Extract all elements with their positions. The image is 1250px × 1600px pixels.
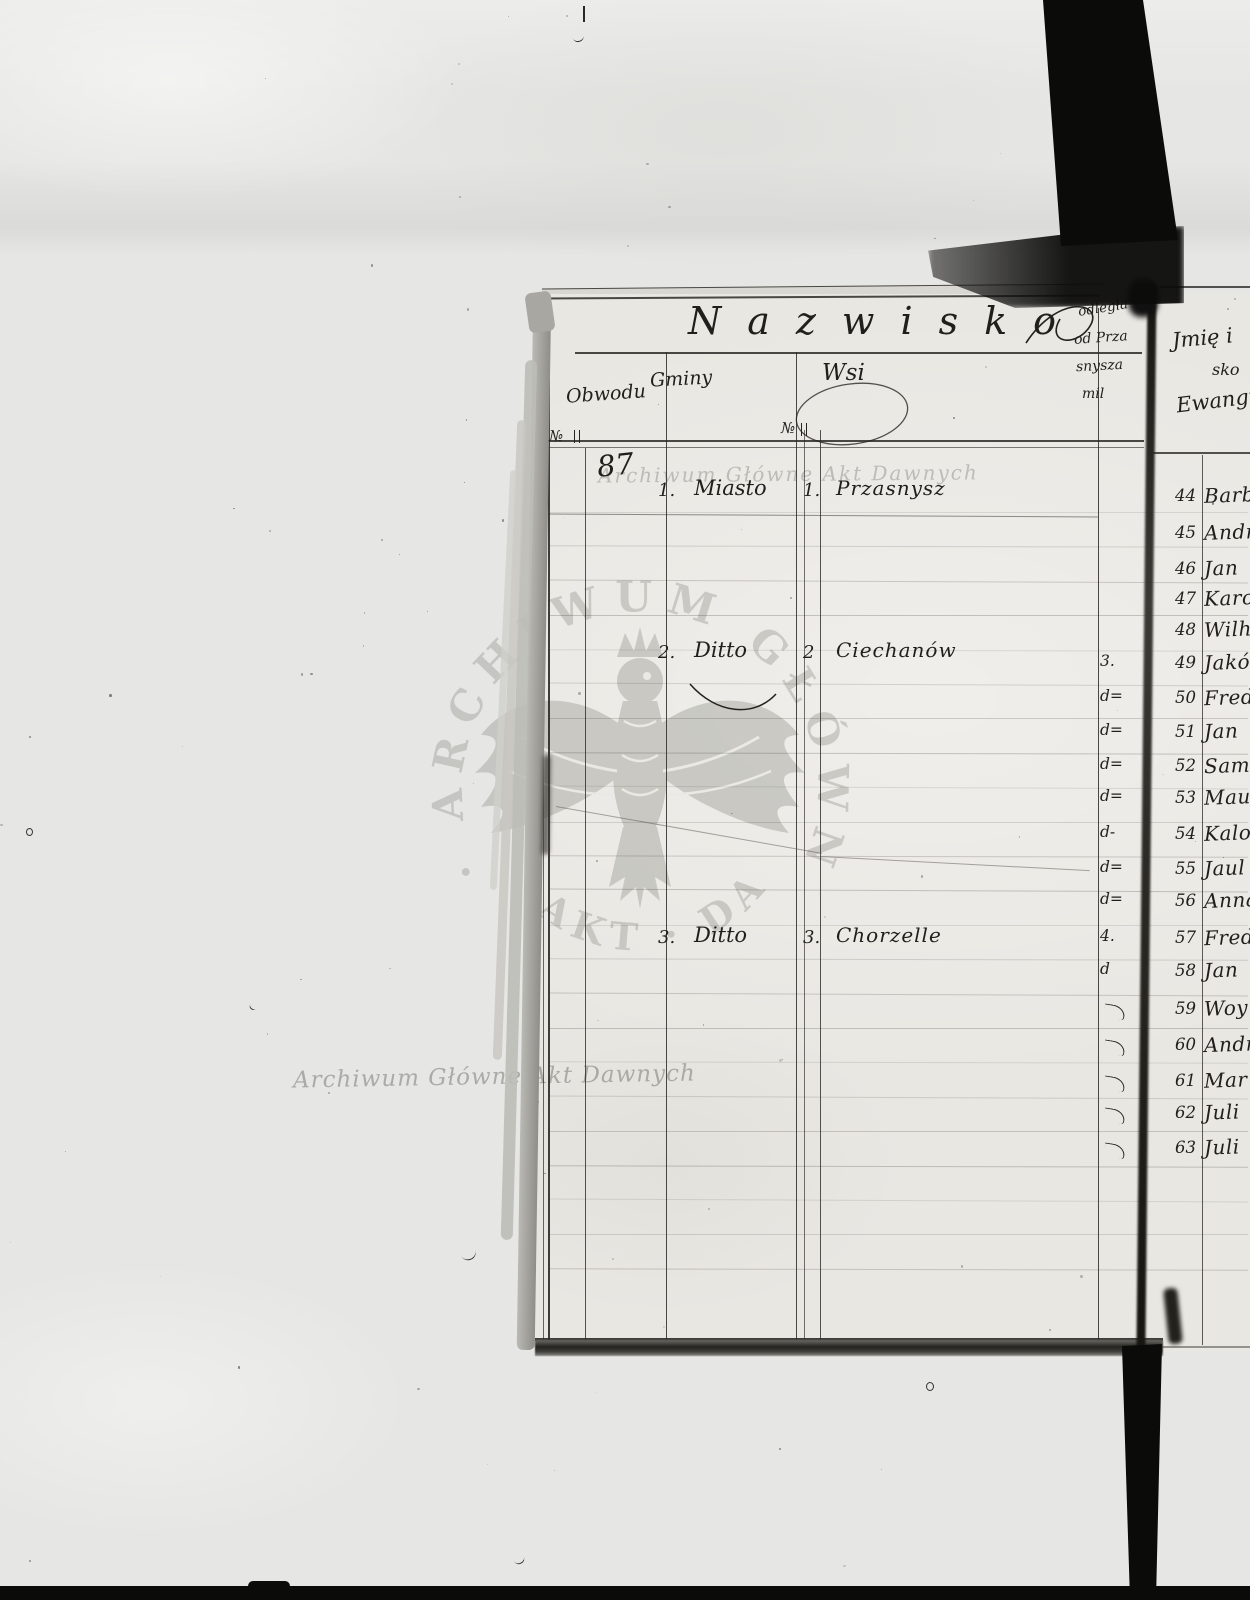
film-speck — [464, 482, 465, 483]
film-speck — [466, 419, 468, 421]
record-name: Kalo — [1204, 820, 1250, 846]
stray-ink-mark — [926, 1382, 934, 1391]
distance-value: d= — [1100, 890, 1123, 908]
distance-value: d= — [1100, 755, 1123, 773]
record-name: Jan — [1204, 718, 1239, 743]
record-number: 56 — [1158, 891, 1196, 910]
record-number: 59 — [1158, 999, 1196, 1018]
distance-value: d= — [1100, 858, 1123, 876]
record-number: 49 — [1158, 653, 1196, 672]
wies-number: 2 — [803, 642, 814, 663]
film-speck — [267, 1033, 268, 1034]
table-line — [804, 430, 805, 1344]
stray-ink-mark — [461, 1249, 478, 1262]
film-speck — [566, 15, 568, 17]
wsi-flourish-oval — [790, 376, 918, 450]
wies-name: Przasnysz — [836, 476, 946, 500]
distance-value: d — [1100, 960, 1110, 978]
record-number: 58 — [1158, 961, 1196, 980]
distance-value: d= — [1100, 721, 1123, 739]
film-speck — [363, 645, 364, 646]
record-name: Andr — [1204, 519, 1250, 545]
film-speck — [1117, 710, 1118, 711]
table-line — [585, 448, 586, 1344]
record-number: 51 — [1158, 722, 1196, 741]
film-speck — [596, 860, 598, 862]
film-speck — [708, 1208, 710, 1210]
wies-number: 3. — [803, 927, 820, 948]
film-speck — [502, 519, 505, 522]
film-speck — [508, 16, 510, 18]
record-name: Juli — [1204, 1134, 1241, 1159]
film-speck — [160, 1276, 162, 1278]
archive-seal-watermark: · ARCHIWUM GŁÓWNE · AKT · DAWNYCH — [425, 575, 855, 1005]
record-number: 62 — [1158, 1103, 1196, 1122]
film-speck — [29, 1560, 31, 1562]
distance-header-line: snysza — [1076, 357, 1124, 375]
film-speck — [544, 1173, 545, 1174]
wies-number: 1. — [803, 480, 820, 501]
distance-header-line: mil — [1082, 386, 1104, 402]
wies-name: Chorzelle — [836, 923, 942, 947]
record-number: 54 — [1158, 824, 1196, 843]
film-speck — [381, 539, 382, 540]
film-speck — [269, 530, 271, 532]
stray-ink-mark — [572, 33, 585, 44]
film-speck — [265, 78, 267, 80]
record-name: Barb — [1204, 482, 1250, 508]
film-speck — [238, 1366, 240, 1368]
record-number: 53 — [1158, 788, 1196, 807]
column-header-gminy: Gminy — [649, 366, 712, 391]
film-speck — [703, 1024, 704, 1025]
record-number: 57 — [1158, 928, 1196, 947]
record-name: Jaul — [1204, 855, 1246, 880]
record-number: 61 — [1158, 1071, 1196, 1090]
film-speck — [612, 1258, 614, 1260]
record-name: Andrz — [1204, 1031, 1250, 1057]
record-name: Samue — [1204, 752, 1250, 778]
film-speck — [779, 1448, 781, 1450]
film-speck — [451, 83, 453, 85]
column-tick-mark — [801, 423, 807, 436]
scanned-register-page: · ARCHIWUM GŁÓWNE · AKT · DAWNYCH — [0, 0, 1250, 1600]
gmina-number: 2. — [658, 642, 675, 663]
page-bottom-band — [535, 1340, 1163, 1356]
film-speck — [1080, 1275, 1083, 1278]
film-speck — [782, 1059, 783, 1060]
distance-value: d= — [1100, 687, 1123, 705]
record-number: 45 — [1158, 523, 1196, 542]
table-line — [1098, 308, 1099, 1344]
film-border-top — [1040, 0, 1180, 246]
film-speck — [0, 824, 2, 826]
record-number: 63 — [1158, 1138, 1196, 1157]
film-border-bottom — [0, 1586, 1250, 1600]
record-name: Freder — [1204, 924, 1250, 951]
ditto-flourish-curve — [688, 676, 780, 720]
record-name: Freder — [1204, 684, 1250, 711]
gmina-name: Ditto — [694, 923, 747, 947]
distance-value: 3. — [1100, 652, 1115, 670]
wies-name: Ciechanów — [836, 638, 957, 662]
record-number: 46 — [1158, 559, 1196, 578]
film-border-bottom-right — [1118, 1344, 1165, 1600]
row-number-symbol: № — [549, 427, 563, 445]
record-name: Wilhe — [1204, 616, 1250, 642]
film-speck — [554, 1470, 555, 1471]
wsi-number-symbol: № — [781, 419, 795, 437]
record-name: Juli — [1204, 1099, 1241, 1124]
record-name: Jan — [1204, 957, 1239, 982]
film-speck — [934, 238, 936, 240]
record-number: 44 — [1158, 486, 1196, 505]
film-speck — [371, 264, 374, 267]
film-speck — [487, 1464, 488, 1465]
film-speck — [790, 597, 791, 598]
record-number: 60 — [1158, 1035, 1196, 1054]
record-number: 48 — [1158, 620, 1196, 639]
ruled-line — [550, 512, 1248, 513]
record-number: 55 — [1158, 859, 1196, 878]
record-name: Mar — [1204, 1067, 1248, 1093]
stray-ink-mark — [248, 1001, 259, 1012]
distance-value: d- — [1100, 823, 1115, 841]
stray-ink-mark — [26, 828, 33, 836]
film-speck — [399, 554, 400, 555]
record-name: Woy — [1204, 995, 1249, 1021]
stray-ink-mark — [583, 6, 585, 22]
film-speck — [663, 1326, 665, 1328]
film-speck — [65, 1151, 66, 1152]
film-speck — [578, 692, 580, 694]
film-speck — [881, 1469, 882, 1470]
film-speck — [668, 206, 670, 208]
film-speck — [182, 746, 183, 747]
record-name: Jan — [1204, 555, 1239, 580]
record-number: 50 — [1158, 688, 1196, 707]
record-number: 52 — [1158, 756, 1196, 775]
film-speck — [458, 63, 460, 65]
film-speck — [921, 875, 923, 877]
page-number: 87 — [595, 446, 635, 484]
record-name: Anna — [1204, 887, 1250, 913]
gmina-name: Miasto — [694, 476, 767, 500]
film-border-bump — [248, 1581, 290, 1589]
table-line — [820, 430, 821, 1344]
record-name: Karo — [1204, 585, 1250, 611]
column-tick-mark — [574, 430, 580, 443]
film-speck — [646, 163, 649, 166]
gmina-number: 1. — [658, 480, 675, 501]
gmina-number: 3. — [658, 927, 675, 948]
film-speck — [953, 417, 955, 419]
film-speck — [10, 1242, 12, 1244]
distance-value: 4. — [1100, 927, 1115, 945]
film-speck — [467, 308, 470, 311]
sheet-corner-fold — [524, 290, 555, 333]
distance-value: d= — [1100, 787, 1123, 805]
film-speck — [843, 1565, 846, 1568]
record-name: Jakób — [1204, 649, 1250, 675]
stray-ink-mark — [513, 1554, 526, 1566]
film-speck — [29, 736, 31, 738]
film-speck — [300, 979, 301, 980]
gmina-name: Ditto — [694, 638, 747, 662]
film-speck — [961, 1265, 964, 1268]
film-speck — [109, 694, 112, 697]
film-speck — [985, 366, 987, 368]
right-page-bottom-edge — [1163, 1346, 1250, 1348]
film-speck — [459, 196, 461, 198]
film-speck — [973, 200, 975, 202]
film-speck — [627, 245, 629, 247]
film-speck — [1000, 153, 1001, 154]
film-speck — [328, 1092, 330, 1094]
film-speck — [1019, 836, 1020, 837]
film-speck — [301, 673, 303, 675]
film-speck — [364, 612, 366, 614]
film-speck — [658, 404, 659, 405]
film-speck — [417, 1388, 420, 1391]
names-header-line: sko — [1212, 360, 1240, 379]
record-name: Mau — [1204, 784, 1250, 810]
film-speck — [233, 508, 234, 509]
film-speck — [389, 968, 390, 969]
header-separator — [1150, 452, 1250, 454]
film-speck — [596, 1392, 597, 1393]
film-speck — [310, 673, 312, 675]
record-number: 47 — [1158, 589, 1196, 608]
